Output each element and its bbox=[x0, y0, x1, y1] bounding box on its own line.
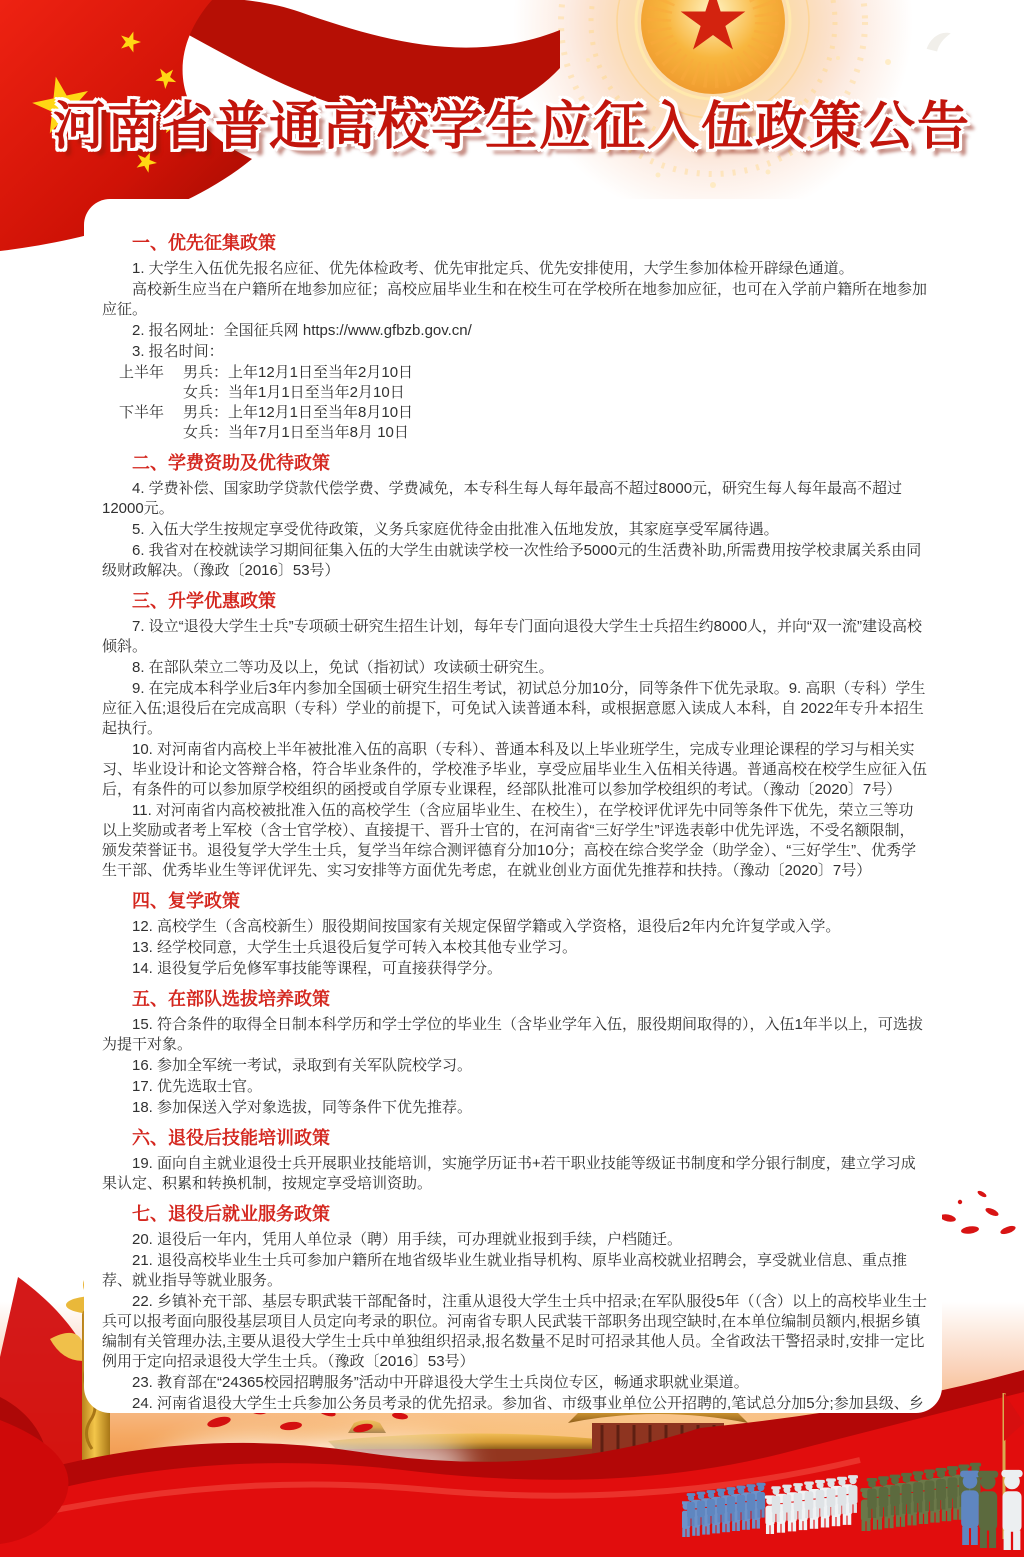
policy-paragraph: 10. 对河南省内高校上半年被批准入伍的高职（专科）、普通本科及以上毕业班学生，… bbox=[102, 740, 928, 800]
policy-sections: 一、优先征集政策1. 大学生入伍优先报名应征、优先体检政考、优先审批定兵、优先安… bbox=[102, 232, 928, 1413]
policy-paragraph: 4. 学费补偿、国家助学贷款代偿学费、学费减免，本专科生每人每年最高不超过800… bbox=[102, 479, 928, 519]
section-heading: 三、升学优惠政策 bbox=[102, 590, 928, 612]
policy-paragraph: 20. 退役后一年内，凭用人单位录（聘）用手续，可办理就业报到手续，户档随迁。 bbox=[102, 1230, 928, 1250]
policy-paragraph: 18. 参加保送入学对象选拔，同等条件下优先推荐。 bbox=[102, 1098, 928, 1118]
policy-paragraph: 24. 河南省退役大学生士兵参加公务员考录的优先招录。参加省、市级事业单位公开招… bbox=[102, 1394, 928, 1413]
policy-paragraph: 3. 报名时间： bbox=[102, 342, 928, 362]
policy-paragraph: 2. 报名网址：全国征兵网 https://www.gfbzb.gov.cn/ bbox=[102, 321, 928, 341]
policy-paragraph: 14. 退役复学后免修军事技能等课程，可直接获得学分。 bbox=[102, 959, 928, 979]
policy-paragraph: 6. 我省对在校就读学习期间征集入伍的大学生由就读学校一次性给予5000元的生活… bbox=[102, 541, 928, 581]
policy-paragraph: 22. 乡镇补充干部、基层专职武装干部配备时，注重从退役大学生士兵中招录;在军队… bbox=[102, 1292, 928, 1372]
schedule-line: 下半年男兵：上年12月1日至当年8月10日 bbox=[102, 403, 928, 423]
policy-paragraph: 13. 经学校同意，大学生士兵退役后复学可转入本校其他专业学习。 bbox=[102, 938, 928, 958]
policy-card: 一、优先征集政策1. 大学生入伍优先报名应征、优先体检政考、优先审批定兵、优先安… bbox=[84, 199, 942, 1413]
section-heading: 四、复学政策 bbox=[102, 890, 928, 912]
policy-paragraph: 11. 对河南省内高校被批准入伍的高校学生（含应届毕业生、在校生），在学校评优评… bbox=[102, 801, 928, 881]
policy-paragraph: 15. 符合条件的取得全日制本科学历和学士学位的毕业生（含毕业学年入伍，服役期间… bbox=[102, 1015, 928, 1055]
section-heading: 二、学费资助及优待政策 bbox=[102, 452, 928, 474]
schedule-line: 女兵：当年1月1日至当年2月10日 bbox=[102, 383, 928, 403]
section-heading: 五、在部队选拔培养政策 bbox=[102, 988, 928, 1010]
policy-paragraph: 1. 大学生入伍优先报名应征、优先体检政考、优先审批定兵、优先安排使用，大学生参… bbox=[102, 259, 928, 279]
section-heading: 七、退役后就业服务政策 bbox=[102, 1203, 928, 1225]
schedule-line: 上半年男兵：上年12月1日至当年2月10日 bbox=[102, 363, 928, 383]
policy-paragraph: 21. 退役高校毕业生士兵可参加户籍所在地省级毕业生就业指导机构、原毕业高校就业… bbox=[102, 1251, 928, 1291]
dove-icon bbox=[894, 25, 973, 90]
policy-paragraph: 7. 设立“退役大学生士兵”专项硕士研究生招生计划，每年专门面向退役大学生士兵招… bbox=[102, 617, 928, 657]
policy-paragraph: 17. 优先选取士官。 bbox=[102, 1077, 928, 1097]
policy-paragraph: 9. 在完成本科学业后3年内参加全国硕士研究生招生考试，初试总分加10分，同等条… bbox=[102, 679, 928, 739]
policy-paragraph: 12. 高校学生（含高校新生）服役期间按国家有关规定保留学籍或入学资格，退役后2… bbox=[102, 917, 928, 937]
section-heading: 一、优先征集政策 bbox=[102, 232, 928, 254]
policy-paragraph: 23. 教育部在“24365校园招聘服务”活动中开辟退役大学生士兵岗位专区，畅通… bbox=[102, 1373, 928, 1393]
policy-paragraph: 8. 在部队荣立二等功及以上，免试（指初试）攻读硕士研究生。 bbox=[102, 658, 928, 678]
section-heading: 六、退役后技能培训政策 bbox=[102, 1127, 928, 1149]
policy-paragraph: 19. 面向自主就业退役士兵开展职业技能培训，实施学历证书+若干职业技能等级证书… bbox=[102, 1154, 928, 1194]
poster-page: 河南省普通高校学生应征入伍政策公告 一、优先征集政策1. 大学生入伍优先报名应征… bbox=[0, 0, 1024, 1557]
schedule-line: 女兵：当年7月1日至当年8月 10日 bbox=[102, 423, 928, 443]
poster-title: 河南省普通高校学生应征入伍政策公告 bbox=[0, 84, 1024, 159]
policy-paragraph: 16. 参加全军统一考试，录取到有关军队院校学习。 bbox=[102, 1056, 928, 1076]
policy-paragraph: 高校新生应当在户籍所在地参加应征；高校应届毕业生和在校生可在学校所在地参加应征，… bbox=[102, 280, 928, 320]
policy-paragraph: 5. 入伍大学生按规定享受优待政策，义务兵家庭优待金由批准入伍地发放，其家庭享受… bbox=[102, 520, 928, 540]
